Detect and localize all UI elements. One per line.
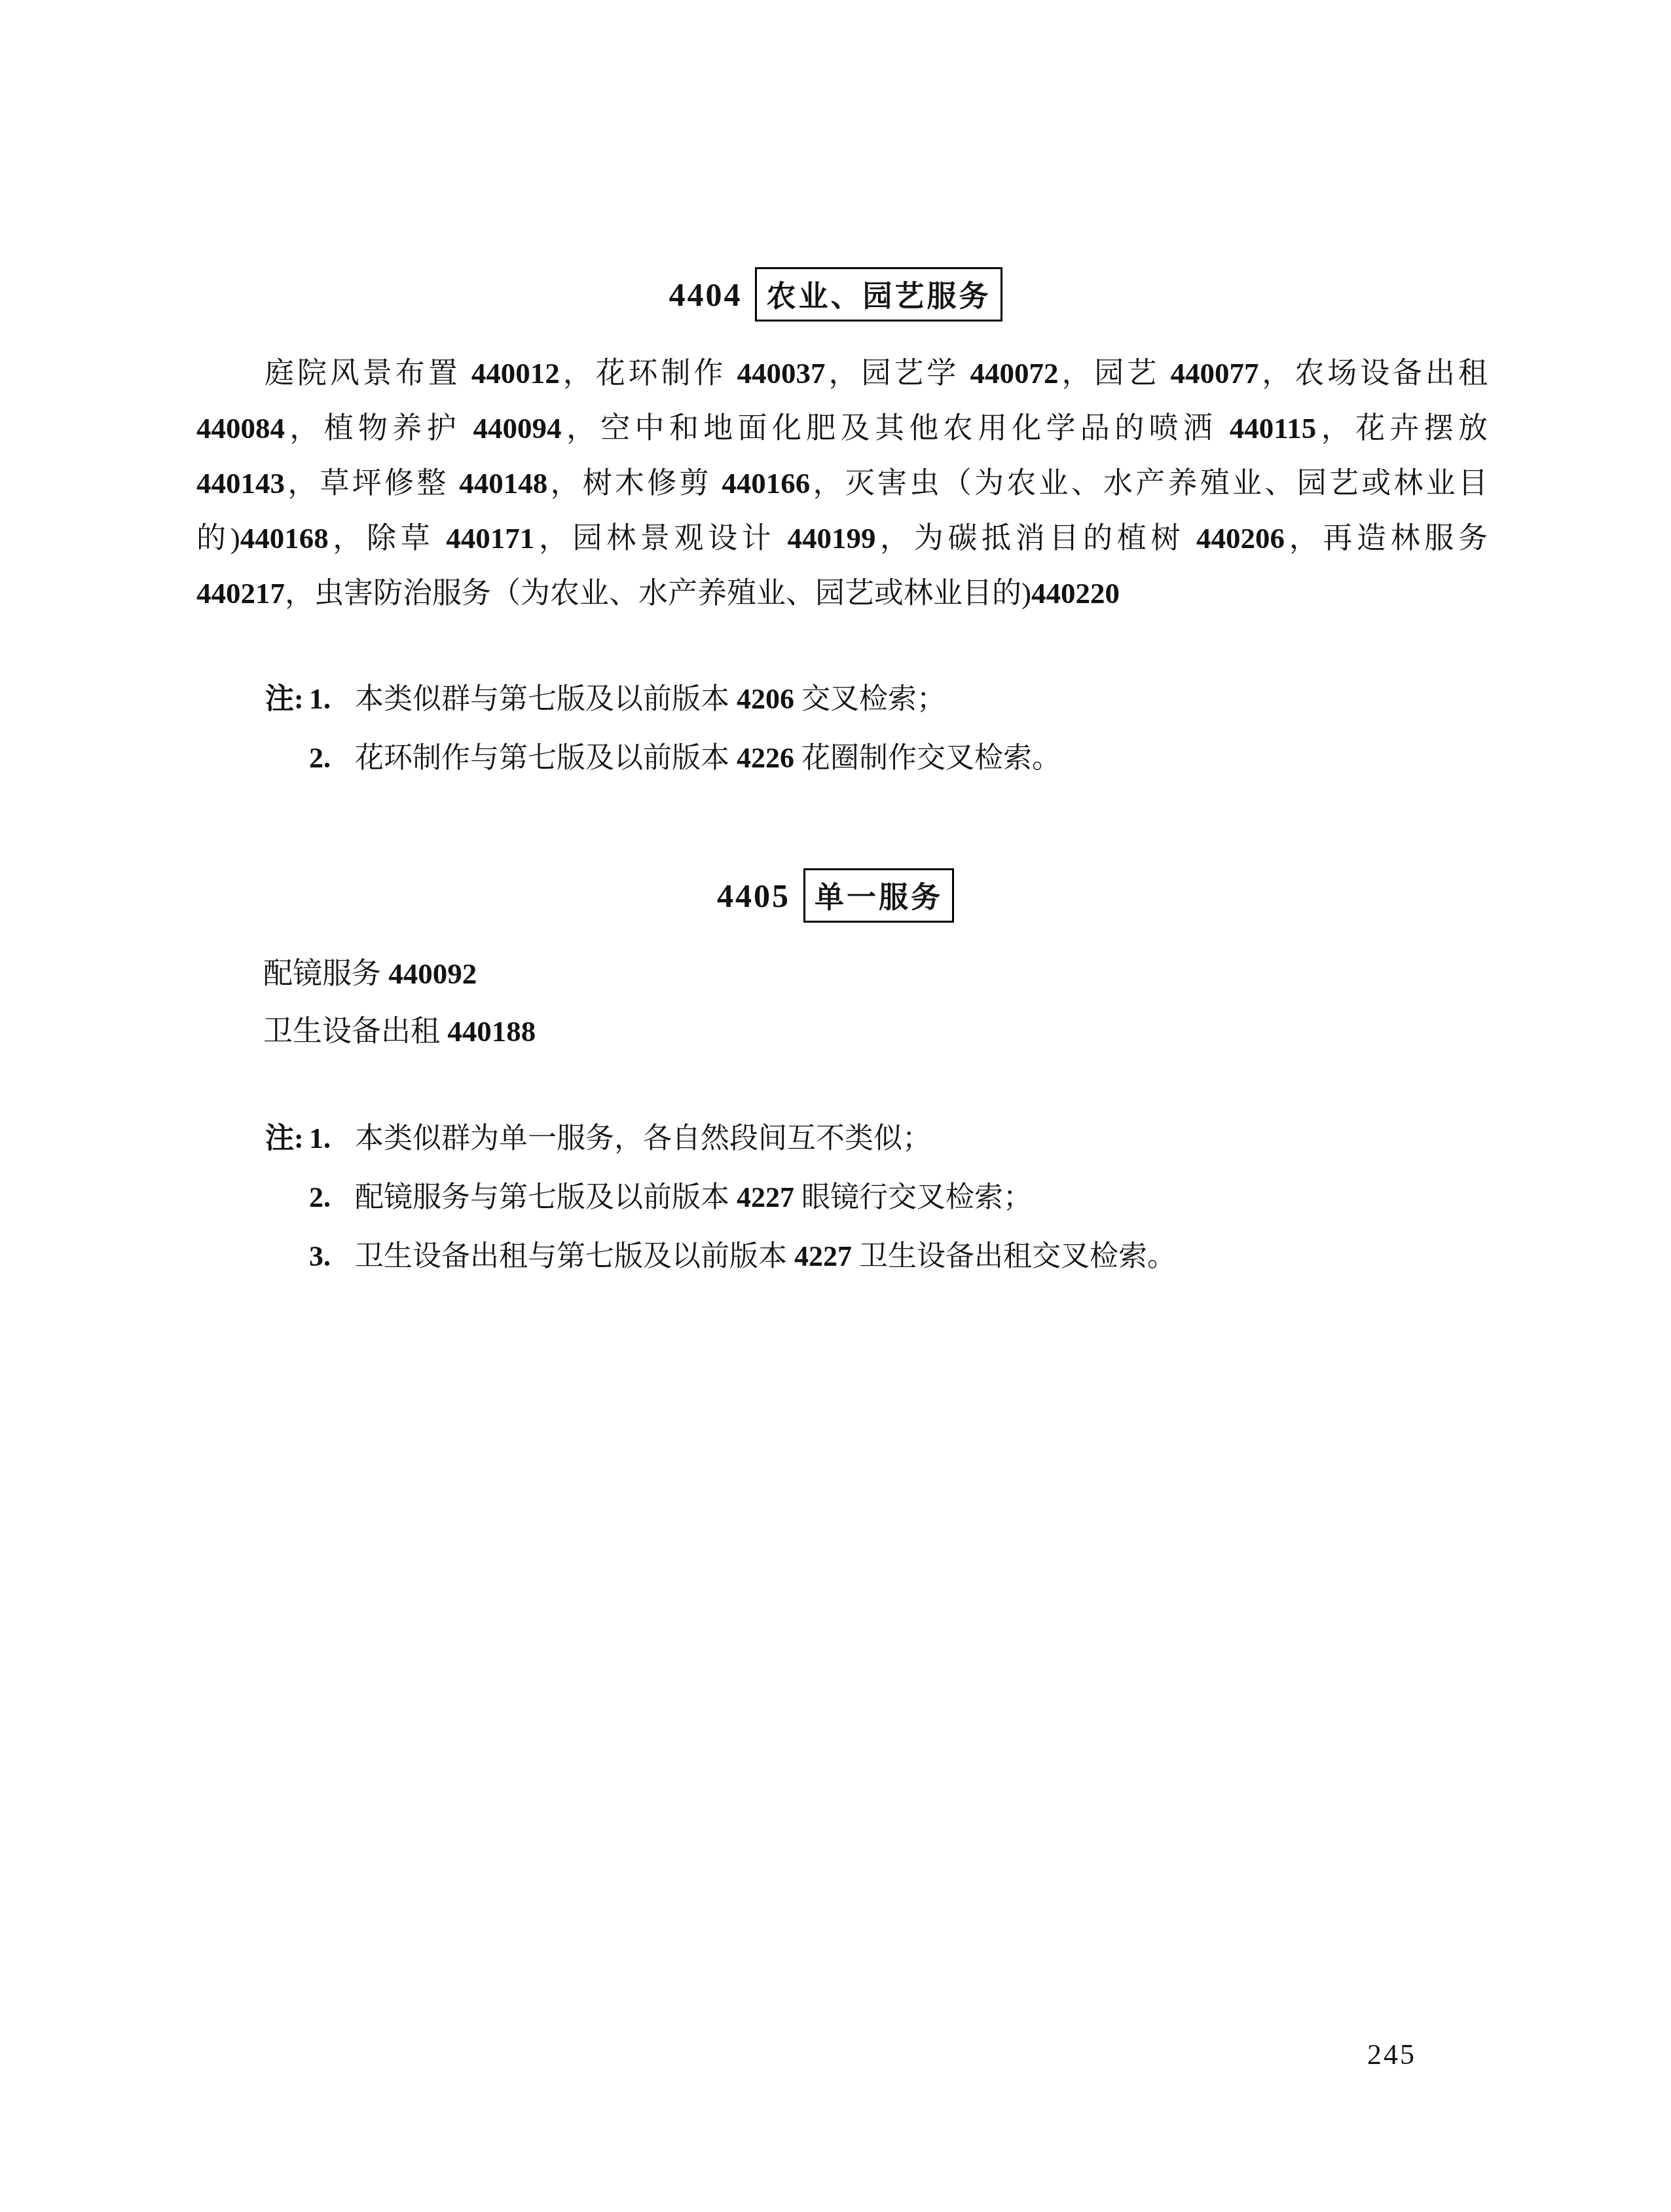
service-item-line: 配镜服务 440092 [263,945,536,1003]
note-row: 2.配镜服务与第七版及以前版本 4227 眼镜行交叉检索； [265,1168,1176,1227]
note-text: 卫生设备出租与第七版及以前版本 4227 卫生设备出租交叉检索。 [355,1240,1176,1272]
paragraph-line: 440217，虫害防治服务（为农业、水产养殖业、园艺或林业目的)440220 [196,566,1488,621]
note-label: 注: [265,670,309,729]
section-4405-title-box: 单一服务 [803,868,954,923]
note-number: 1. [309,670,355,729]
service-item-line: 卫生设备出租 440188 [263,1003,536,1060]
section-4404-title-box: 农业、园艺服务 [755,267,1002,322]
section-4405-title: 4405 单一服务 [0,868,1671,923]
note-text: 花环制作与第七版及以前版本 4226 花圈制作交叉检索。 [355,742,1061,774]
note-text: 本类似群与第七版及以前版本 4206 交叉检索； [355,683,946,715]
section-4405-items: 配镜服务 440092 卫生设备出租 440188 [263,945,536,1060]
page-number: 245 [1367,2038,1416,2071]
paragraph-line: 440084，植物养护 440094，空中和地面化肥及其他农用化学品的喷洒 44… [196,401,1488,456]
note-row: 注:1.本类似群与第七版及以前版本 4206 交叉检索； [265,670,1061,729]
note-number: 2. [309,729,355,788]
paragraph-line: 440143，草坪修整 440148，树木修剪 440166，灭害虫（为农业、水… [196,456,1488,511]
section-4404-notes: 注:1.本类似群与第七版及以前版本 4206 交叉检索； 2.花环制作与第七版及… [265,670,1061,788]
section-4405-code: 4405 [717,877,790,915]
section-4404-code: 4404 [669,276,742,314]
paragraph-line: 庭院风景布置 440012，花环制作 440037，园艺学 440072，园艺 … [196,346,1488,401]
document-page: 4404 农业、园艺服务 庭院风景布置 440012，花环制作 440037，园… [0,0,1671,2212]
note-row: 注:1.本类似群为单一服务，各自然段间互不类似； [265,1109,1176,1168]
note-text: 本类似群为单一服务，各自然段间互不类似； [355,1122,931,1154]
note-text: 配镜服务与第七版及以前版本 4227 眼镜行交叉检索； [355,1181,1032,1213]
note-number: 1. [309,1109,355,1168]
note-row: 3.卫生设备出租与第七版及以前版本 4227 卫生设备出租交叉检索。 [265,1227,1176,1286]
note-row: 2.花环制作与第七版及以前版本 4226 花圈制作交叉检索。 [265,729,1061,788]
note-number: 2. [309,1168,355,1227]
note-label: 注: [265,1109,309,1168]
section-4405-notes: 注:1.本类似群为单一服务，各自然段间互不类似； 2.配镜服务与第七版及以前版本… [265,1109,1176,1286]
paragraph-line: 的)440168，除草 440171，园林景观设计 440199，为碳抵消目的植… [196,511,1488,566]
note-number: 3. [309,1227,355,1286]
section-4404-title: 4404 农业、园艺服务 [0,267,1671,322]
section-4404-paragraph: 庭院风景布置 440012，花环制作 440037，园艺学 440072，园艺 … [196,346,1488,621]
